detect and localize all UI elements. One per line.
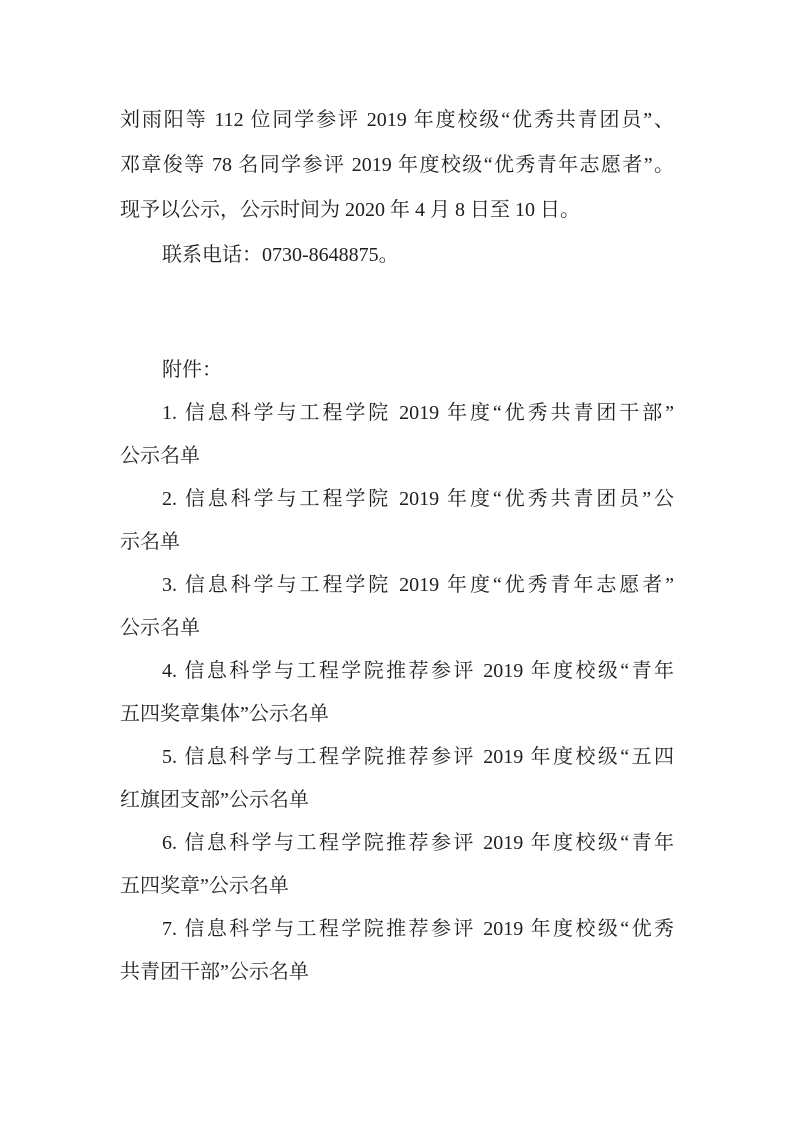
attachments-heading: 附件： xyxy=(120,349,674,392)
attachment-item-1: 1. 信息科学与工程学院 2019 年度“优秀共青团干部” 公示名单 xyxy=(120,392,674,478)
attachment-6-line-2: 五四奖章”公示名单 xyxy=(120,865,674,908)
document-page: 刘雨阳等 112 位同学参评 2019 年度校级“优秀共青团员”、 邓章俊等 7… xyxy=(0,0,794,1122)
contact-phone-line: 联系电话：0730-8648875。 xyxy=(120,233,674,278)
attachment-2-line-1: 2. 信息科学与工程学院 2019 年度“优秀共青团员”公 xyxy=(120,478,674,521)
attachment-2-line-2: 示名单 xyxy=(120,521,674,564)
attachment-item-6: 6. 信息科学与工程学院推荐参评 2019 年度校级“青年 五四奖章”公示名单 xyxy=(120,822,674,908)
attachment-4-line-2: 五四奖章集体”公示名单 xyxy=(120,693,674,736)
attachment-7-line-2: 共青团干部”公示名单 xyxy=(120,951,674,994)
attachment-3-line-1: 3. 信息科学与工程学院 2019 年度“优秀青年志愿者” xyxy=(120,564,674,607)
attachment-7-line-1: 7. 信息科学与工程学院推荐参评 2019 年度校级“优秀 xyxy=(120,908,674,951)
attachment-1-line-1: 1. 信息科学与工程学院 2019 年度“优秀共青团干部” xyxy=(120,392,674,435)
attachment-6-line-1: 6. 信息科学与工程学院推荐参评 2019 年度校级“青年 xyxy=(120,822,674,865)
attachment-5-line-1: 5. 信息科学与工程学院推荐参评 2019 年度校级“五四 xyxy=(120,736,674,779)
attachment-3-line-2: 公示名单 xyxy=(120,607,674,650)
notice-body-line-2: 邓章俊等 78 名同学参评 2019 年度校级“优秀青年志愿者”。 xyxy=(120,143,674,188)
attachment-4-line-1: 4. 信息科学与工程学院推荐参评 2019 年度校级“青年 xyxy=(120,650,674,693)
attachments-section: 附件： 1. 信息科学与工程学院 2019 年度“优秀共青团干部” 公示名单 2… xyxy=(120,349,674,994)
attachment-item-7: 7. 信息科学与工程学院推荐参评 2019 年度校级“优秀 共青团干部”公示名单 xyxy=(120,908,674,994)
attachment-item-3: 3. 信息科学与工程学院 2019 年度“优秀青年志愿者” 公示名单 xyxy=(120,564,674,650)
attachment-item-4: 4. 信息科学与工程学院推荐参评 2019 年度校级“青年 五四奖章集体”公示名… xyxy=(120,650,674,736)
notice-body-line-3: 现予以公示，公示时间为 2020 年 4 月 8 日至 10 日。 xyxy=(120,188,674,233)
attachment-1-line-2: 公示名单 xyxy=(120,435,674,478)
notice-body-line-1: 刘雨阳等 112 位同学参评 2019 年度校级“优秀共青团员”、 xyxy=(120,98,674,143)
notice-body: 刘雨阳等 112 位同学参评 2019 年度校级“优秀共青团员”、 邓章俊等 7… xyxy=(120,98,674,278)
attachment-item-2: 2. 信息科学与工程学院 2019 年度“优秀共青团员”公 示名单 xyxy=(120,478,674,564)
attachment-item-5: 5. 信息科学与工程学院推荐参评 2019 年度校级“五四 红旗团支部”公示名单 xyxy=(120,736,674,822)
attachment-5-line-2: 红旗团支部”公示名单 xyxy=(120,779,674,822)
